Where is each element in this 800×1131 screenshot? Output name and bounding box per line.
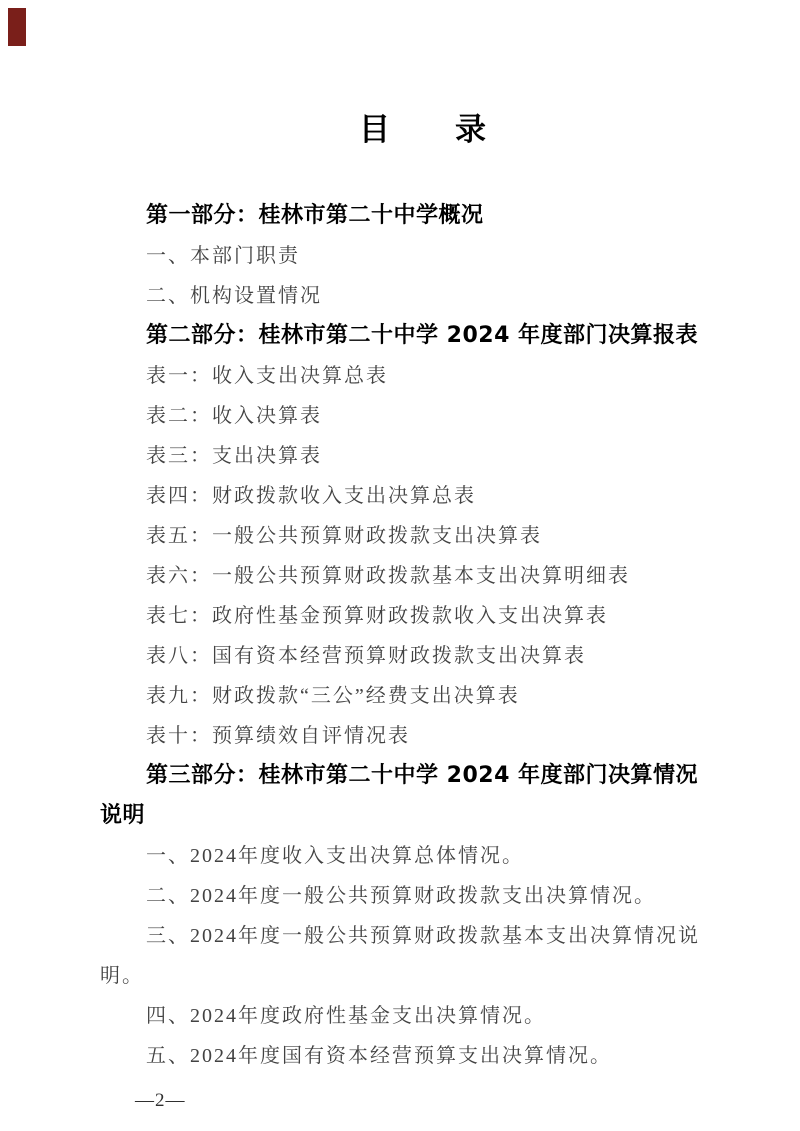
toc-item: 表三：支出决算表 [100, 436, 700, 476]
section-3-heading: 第三部分：桂林市第二十中学 2024 年度部门决算情况说明 [100, 756, 700, 836]
toc-item: 三、2024年度一般公共预算财政拨款基本支出决算情况说明。 [100, 916, 700, 996]
red-stamp-mark [8, 8, 26, 46]
toc-item: 一、本部门职责 [100, 236, 700, 276]
toc-item: 四、2024年度政府性基金支出决算情况。 [100, 996, 700, 1036]
toc-item: 表七：政府性基金预算财政拨款收入支出决算表 [100, 596, 700, 636]
section-2-heading: 第二部分：桂林市第二十中学 2024 年度部门决算报表 [100, 316, 700, 356]
toc-content: 第一部分：桂林市第二十中学概况 一、本部门职责 二、机构设置情况 第二部分：桂林… [100, 196, 700, 1112]
toc-item: 五、2024年度国有资本经营预算支出决算情况。 [100, 1036, 700, 1076]
toc-item: 表五：一般公共预算财政拨款支出决算表 [100, 516, 700, 556]
toc-item: 表一：收入支出决算总表 [100, 356, 700, 396]
section-1-heading: 第一部分：桂林市第二十中学概况 [100, 196, 700, 236]
toc-item: 表二：收入决算表 [100, 396, 700, 436]
page-number: —2— [135, 1090, 700, 1112]
toc-item: 表四：财政拨款收入支出决算总表 [100, 476, 700, 516]
toc-item: 表八：国有资本经营预算财政拨款支出决算表 [100, 636, 700, 676]
toc-item: 表九：财政拨款“三公”经费支出决算表 [100, 676, 700, 716]
document-title: 目 录 [0, 0, 800, 149]
toc-item: 表六：一般公共预算财政拨款基本支出决算明细表 [100, 556, 700, 596]
toc-item: 二、机构设置情况 [100, 276, 700, 316]
toc-item: 表十：预算绩效自评情况表 [100, 716, 700, 756]
toc-item: 二、2024年度一般公共预算财政拨款支出决算情况。 [100, 876, 700, 916]
toc-item: 一、2024年度收入支出决算总体情况。 [100, 836, 700, 876]
